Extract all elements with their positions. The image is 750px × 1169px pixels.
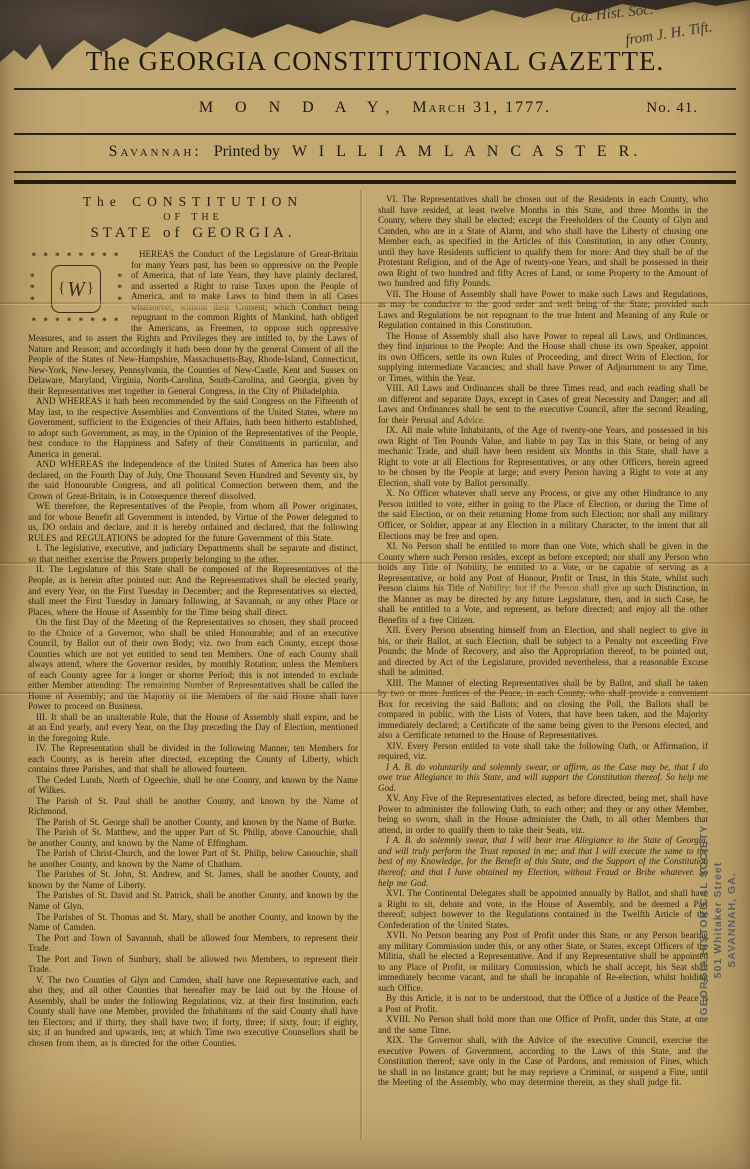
left-column: The CONSTITUTION OF THE STATE of GEORGIA…: [28, 194, 358, 1088]
paragraph: XIX. The Governor shall, with the Advice…: [378, 1035, 708, 1088]
paragraph: V. The two Counties of Glyn and Camden, …: [28, 975, 358, 1049]
imprint-line: Savannah: Printed by W I L L I A M L A N…: [14, 135, 736, 165]
paragraph: XIII. The Manner of electing Representat…: [378, 678, 708, 741]
paragraph: The Port and Town of Savannah, shall be …: [28, 933, 358, 954]
paragraph: The Parish of St. Paul shall be another …: [28, 796, 358, 817]
paragraph: By this Article, it is not to be underst…: [378, 993, 708, 1014]
paragraph: XVII. No Person bearing any Post of Prof…: [378, 930, 708, 993]
paragraph: IX. All male white Inhabitants, of the A…: [378, 425, 708, 488]
article-heading-line2: OF THE: [28, 212, 358, 224]
paragraph: XI. No Person shall be entitled to more …: [378, 541, 708, 625]
dateline-day: M O N D A Y,: [199, 99, 399, 116]
paragraph: VI. The Representatives shall be chosen …: [378, 194, 708, 289]
article-body: The CONSTITUTION OF THE STATE of GEORGIA…: [0, 184, 750, 1088]
newspaper-page: The GEORGIA CONSTITUTIONAL GAZETTE. M O …: [0, 0, 750, 1169]
dateline: M O N D A Y, March 31, 1777. No. 41.: [14, 90, 736, 122]
article-heading-line1: The CONSTITUTION: [28, 194, 358, 210]
brace-left: {: [58, 280, 65, 298]
paragraph: I. The legislative, executive, and judic…: [28, 543, 358, 564]
printer-ornament: * * * * * * * * * * * {W} * * * * * * * …: [28, 252, 124, 326]
stamp-line2: 501 Whitaker Street: [711, 862, 725, 978]
paragraph: The Port and Town of Sunbury, shall be a…: [28, 954, 358, 975]
masthead: The GEORGIA CONSTITUTIONAL GAZETTE. M O …: [0, 0, 750, 165]
paragraph: III. It shall be an unalterable Rule, th…: [28, 712, 358, 744]
stamp-line3: SAVANNAH, GA.: [725, 872, 739, 967]
paragraph: AND WHEREAS the Independence of the Unit…: [28, 459, 358, 501]
paragraph: On the first Day of the Meeting of the R…: [28, 617, 358, 712]
drop-cap-letter: W: [67, 277, 85, 302]
issue-number: No. 41.: [646, 100, 698, 117]
paragraph: The Parish of Christ-Church, and the low…: [28, 848, 358, 869]
paragraph: WE therefore, the Representatives of the…: [28, 501, 358, 543]
brace-right: }: [87, 280, 94, 298]
article-heading: The CONSTITUTION OF THE STATE of GEORGIA…: [28, 194, 358, 243]
paragraph: The Parishes of St. David and St. Patric…: [28, 890, 358, 911]
article-heading-line3: STATE of GEORGIA.: [28, 225, 358, 243]
paragraph: XIV. Every Person entitled to vote shall…: [378, 741, 708, 762]
rule-double-divider: [14, 171, 736, 184]
ornament-border-bottom: * * * * * * * *: [28, 317, 124, 326]
paragraph: XVIII. No Person shall hold more than on…: [378, 1014, 708, 1035]
paragraph: IV. The Representation shall be divided …: [28, 743, 358, 775]
imprint-place: Savannah:: [109, 143, 202, 160]
paragraph: The Parishes of St. John, St. Andrew, an…: [28, 869, 358, 890]
stamp-line1: GEORGIA HISTORICAL SOCIETY: [697, 825, 711, 1016]
paragraph: II. The Legislature of this State shall …: [28, 564, 358, 617]
paragraph: XII. Every Person absenting himself from…: [378, 625, 708, 678]
library-stamp: GEORGIA HISTORICAL SOCIETY 501 Whitaker …: [695, 765, 741, 1075]
ornament-border-right: * * *: [118, 272, 123, 306]
paragraph: The Parishes of St. Thomas and St. Mary,…: [28, 912, 358, 933]
paragraph: XVI. The Continental Delegates shall be …: [378, 888, 708, 930]
photo-backing: The GEORGIA CONSTITUTIONAL GAZETTE. M O …: [0, 0, 750, 1169]
paragraph: VIII. All Laws and Ordinances shall be t…: [378, 383, 708, 425]
imprint-printer: W I L L I A M L A N C A S T E R.: [292, 143, 641, 160]
paragraph: The Parish of St. Matthew, and the upper…: [28, 827, 358, 848]
paragraph: The Ceded Lands, North of Ogeechie, shal…: [28, 775, 358, 796]
drop-cap-frame: {W}: [51, 265, 101, 313]
newspaper-title: The GEORGIA CONSTITUTIONAL GAZETTE.: [14, 46, 736, 77]
paragraph: VII. The House of Assembly shall have Po…: [378, 289, 708, 331]
ornament-border-top: * * * * * * * *: [28, 252, 124, 261]
ornament-border-left: * * *: [30, 272, 35, 306]
dateline-date: March 31, 1777.: [412, 99, 551, 116]
right-column: VI. The Representatives shall be chosen …: [378, 194, 708, 1088]
paragraph: I A. B. do voluntarily and solemnly swea…: [378, 762, 708, 794]
paragraph: XV. Any Five of the Representatives elec…: [378, 793, 708, 835]
paragraph: X. No Officer whatever shall serve any P…: [378, 488, 708, 541]
paragraph: I A. B. do solemnly swear, that I will b…: [378, 835, 708, 888]
paragraph: The Parish of St. George shall be anothe…: [28, 817, 358, 828]
imprint-printed-by: Printed by: [214, 143, 280, 160]
paragraph: AND WHEREAS it hath been recommended by …: [28, 396, 358, 459]
paragraph: The House of Assembly shall also have Po…: [378, 331, 708, 384]
